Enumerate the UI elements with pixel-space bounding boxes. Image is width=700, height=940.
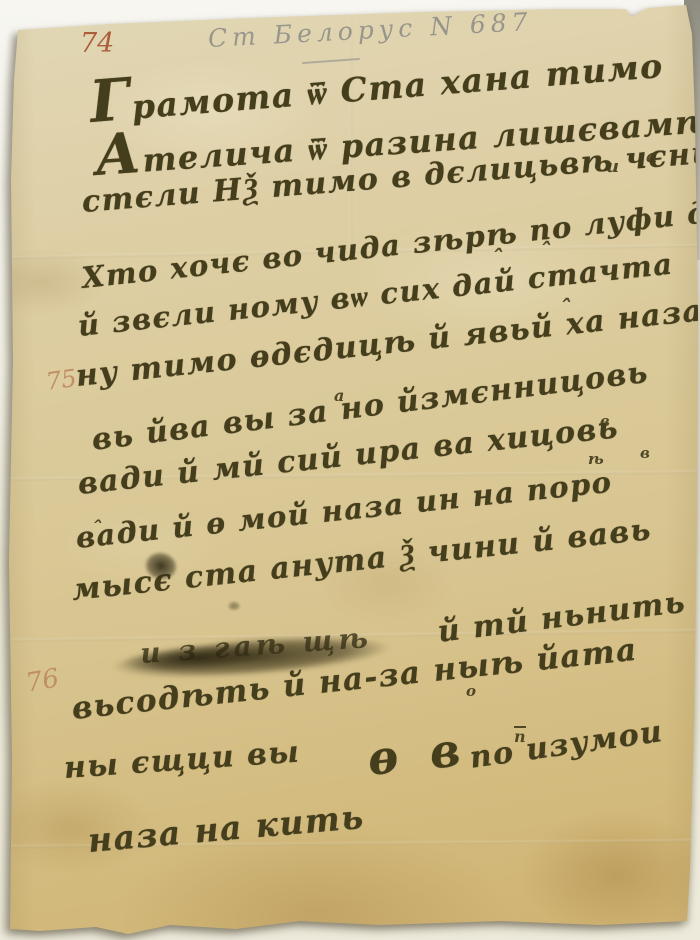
superscript-letter: и <box>606 158 619 176</box>
titlo-mark: ˆ <box>540 241 551 263</box>
titlo-mark: ˆ <box>492 248 503 270</box>
text-line-large-glyphs: ѳ в <box>366 726 470 782</box>
superscript-letter: а <box>334 388 344 404</box>
folio-number: 74 <box>80 30 114 57</box>
ink-blot <box>226 600 242 612</box>
text-line: по изумои <box>468 717 665 774</box>
text-line: наза на кить <box>87 800 366 857</box>
manuscript-photo: Ст Белорус N 687 74 75 76 Грамота ѿ Ста … <box>0 0 700 940</box>
titlo-mark: ˆ <box>92 518 102 538</box>
folio-number: 75 <box>44 366 78 394</box>
titlo-mark: ˆ <box>560 298 571 320</box>
superscript-letter: а <box>646 148 658 166</box>
text-line: ны єщци вы <box>63 738 301 784</box>
superscript-letter: о <box>466 684 476 699</box>
superscript-letter: п <box>514 726 526 745</box>
superscript-letter: в <box>640 446 650 461</box>
parchment: Ст Белорус N 687 74 75 76 Грамота ѿ Ста … <box>0 0 700 940</box>
parchment-wrapper: Ст Белорус N 687 74 75 76 Грамота ѿ Ста … <box>0 0 700 940</box>
folio-number: 76 <box>24 665 61 696</box>
superscript-letter: ѣ <box>588 452 604 467</box>
superscript-letter: в <box>600 414 610 429</box>
